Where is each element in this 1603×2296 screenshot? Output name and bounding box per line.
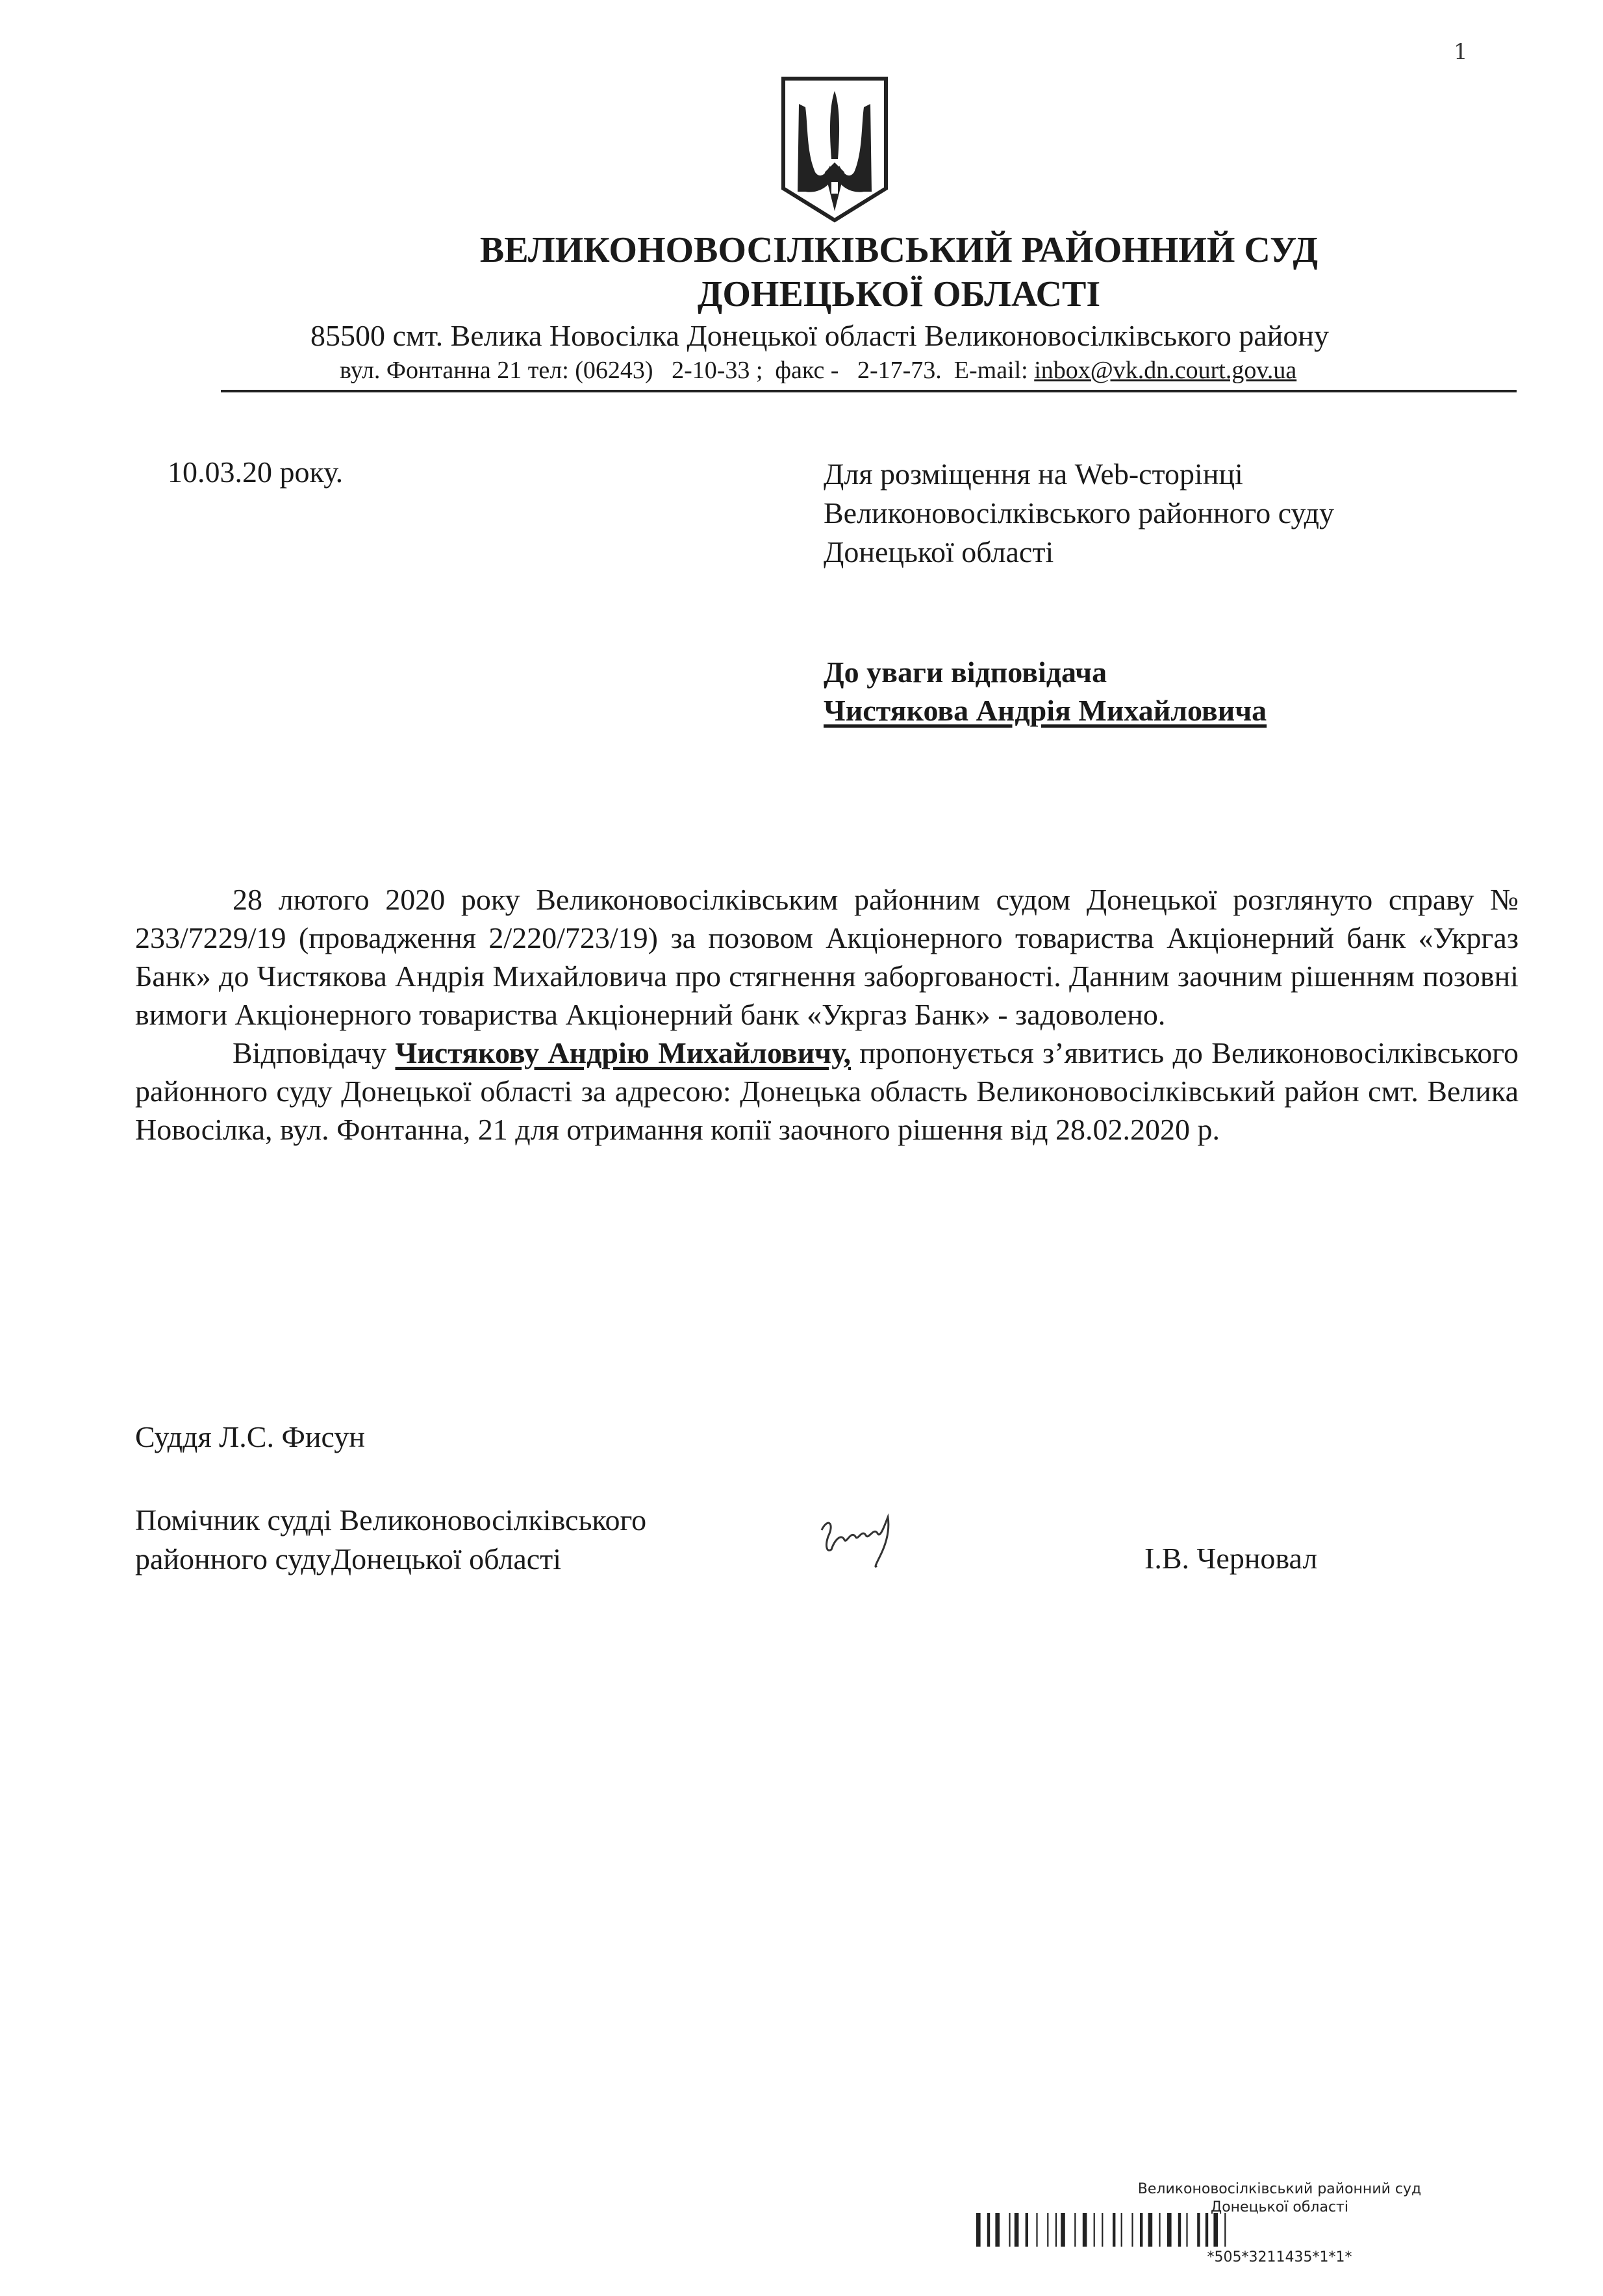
document-date: 10.03.20 року. <box>168 455 343 489</box>
coat-of-arms-icon <box>779 75 890 224</box>
defendant-name: Чистякова Андрія Михайловича <box>824 691 1267 730</box>
placement-line: Для розміщення на Web-сторінці <box>824 455 1334 494</box>
assistant-title-line: Помічник судді Великоновосілківського <box>135 1501 646 1540</box>
placement-line: Великоновосілківського районного суду <box>824 494 1334 533</box>
summons-prefix: Відповідачу <box>233 1036 395 1069</box>
assistant-name: І.В. Черновал <box>1144 1541 1317 1575</box>
barcode-number: *505*3211435*1*1* <box>1052 2249 1507 2265</box>
assistant-title-line: районного судуДонецької області <box>135 1540 646 1579</box>
stamp-court-name: Великоновосілківський районний суд <box>1052 2181 1507 2197</box>
email-link[interactable]: inbox@vk.dn.court.gov.ua <box>1034 357 1296 384</box>
handwritten-signature-icon <box>815 1504 932 1575</box>
contacts-text: вул. Фонтанна 21 тел: (06243) 2-10-33 ; … <box>340 357 1034 384</box>
placement-line: Донецької області <box>824 533 1334 572</box>
attention-label: До уваги відповідача <box>824 653 1267 691</box>
court-contacts: вул. Фонтанна 21 тел: (06243) 2-10-33 ; … <box>340 356 1296 385</box>
paragraph-decision: 28 лютого 2020 року Великоновосілківськи… <box>135 880 1519 1034</box>
header-divider <box>221 390 1517 392</box>
court-name-line1: ВЕЛИКОНОВОСІЛКІВСЬКИЙ РАЙОННИЙ СУД <box>97 229 1603 272</box>
barcode-icon <box>976 2213 1272 2247</box>
defendant-name-dative: Чистякову Андрію Михайловичу, <box>395 1036 851 1069</box>
notice-body: 28 лютого 2020 року Великоновосілківськи… <box>135 880 1519 1149</box>
court-name-line2: ДОНЕЦЬКОЇ ОБЛАСТІ <box>97 273 1603 316</box>
placement-note: Для розміщення на Web-сторінці Великонов… <box>824 455 1334 572</box>
page-number: 1 <box>1454 39 1468 65</box>
judge-signature-line: Суддя Л.С. Фисун <box>135 1420 365 1454</box>
paragraph-summons: Відповідачу Чистякову Андрію Михайловичу… <box>135 1034 1519 1149</box>
assistant-title: Помічник судді Великоновосілківського ра… <box>135 1501 646 1579</box>
attention-block: До уваги відповідача Чистякова Андрія Ми… <box>824 653 1267 730</box>
court-address: 85500 смт. Велика Новосілка Донецької об… <box>310 318 1329 353</box>
